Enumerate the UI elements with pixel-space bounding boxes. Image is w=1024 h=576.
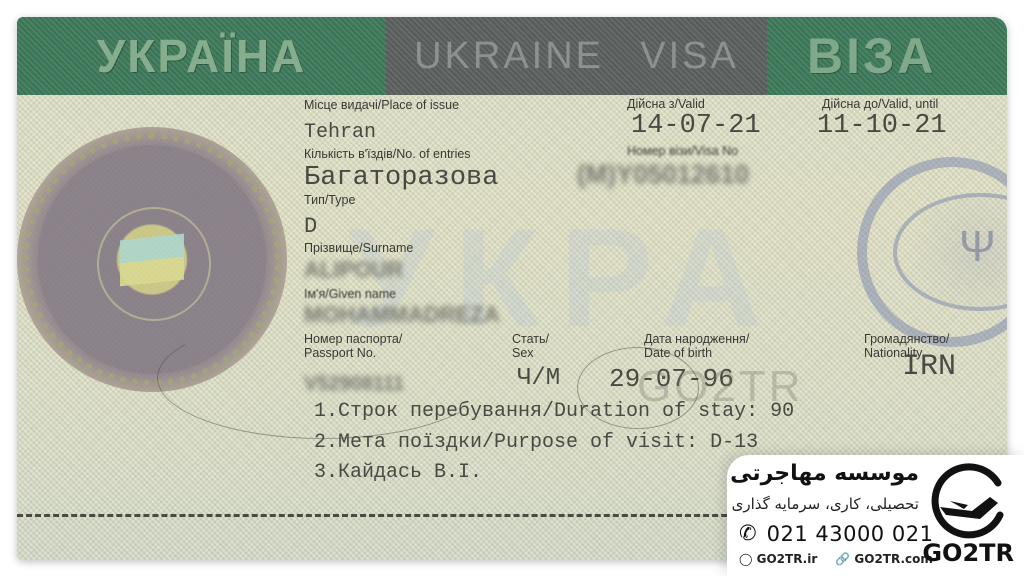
value-sex: Ч/M	[517, 365, 560, 392]
label-sex-ua: Стать/	[512, 333, 549, 347]
value-entries: Багаторазова	[304, 163, 498, 193]
website-link[interactable]: 🔗 GO2TR.com	[835, 552, 933, 566]
value-place-of-issue: Tehran	[304, 121, 376, 144]
instagram-icon: ◯	[739, 552, 752, 566]
instagram-link[interactable]: ◯ GO2TR.ir	[739, 552, 817, 566]
go2tr-plane-logo-icon	[928, 463, 1010, 539]
label-sex-en: Sex	[512, 347, 549, 361]
website-url: GO2TR.com	[854, 552, 932, 566]
label-surname: Прізвище/Surname	[304, 242, 413, 256]
value-surname: ALIPOUR	[304, 257, 403, 283]
label-given-name: Ім'я/Given name	[304, 288, 396, 302]
value-visa-no: (M)Y05012610	[577, 159, 749, 190]
header-english-segment: UKRAINE VISA	[386, 17, 767, 95]
phone-icon: ✆	[739, 521, 757, 546]
remark-line-2: 2.Мета поїздки/Purpose of visit: D-13	[314, 431, 758, 454]
brand-title: موسسه مهاجرتی	[730, 461, 919, 486]
label-visa-no: Номер візи/Visa No	[627, 145, 738, 159]
value-valid-from: 14-07-21	[631, 111, 761, 141]
header-visa-ua-segment: ВІЗА	[767, 17, 1007, 95]
label-nationality-ua: Громадянство/	[864, 333, 949, 347]
trident-emblem-icon: Ψ	[959, 222, 996, 272]
instagram-handle: GO2TR.ir	[757, 552, 818, 566]
remark-line-3: 3.Кайдась В.І.	[314, 461, 482, 484]
visa-header-band: УКРАЇНА UKRAINE VISA ВІЗА	[17, 17, 1007, 95]
value-type: D	[304, 214, 317, 239]
label-place-of-issue: Місце видачі/Place of issue	[304, 99, 459, 113]
label-sex: Стать/ Sex	[512, 333, 549, 361]
hologram-flag-icon	[120, 234, 184, 287]
header-country-ua: УКРАЇНА	[97, 29, 307, 83]
remark-line-1: 1.Строк перебування/Duration of stay: 90	[314, 400, 794, 423]
header-country-ua-segment: УКРАЇНА	[17, 17, 386, 95]
header-visa-en: VISA	[640, 35, 739, 78]
header-visa-ua: ВІЗА	[807, 27, 936, 85]
brand-links: ◯ GO2TR.ir 🔗 GO2TR.com	[739, 552, 933, 566]
phone-number[interactable]: 021 43000 021	[767, 522, 934, 546]
value-valid-until: 11-10-21	[817, 111, 947, 141]
consulate-stamp: Ψ	[857, 157, 1007, 347]
header-country-en: UKRAINE	[414, 35, 604, 78]
brand-overlay: موسسه مهاجرتی تحصیلی، کاری، سرمایه گذاری…	[727, 455, 1024, 576]
link-icon: 🔗	[835, 552, 850, 566]
value-nationality: IRN	[902, 350, 956, 384]
label-entries: Кількість в'їздів/No. of entries	[304, 148, 471, 162]
label-type: Тип/Type	[304, 194, 355, 208]
brand-logo-text: GO2TR	[922, 539, 1014, 567]
brand-subtitle: تحصیلی، کاری، سرمایه گذاری	[732, 495, 919, 513]
label-valid-from: Дійсна з/Valid	[627, 98, 705, 112]
label-dob-ua: Дата народження/	[644, 333, 749, 347]
brand-phone[interactable]: ✆ 021 43000 021	[739, 521, 933, 546]
label-valid-until: Дійсна до/Valid, until	[822, 98, 938, 112]
